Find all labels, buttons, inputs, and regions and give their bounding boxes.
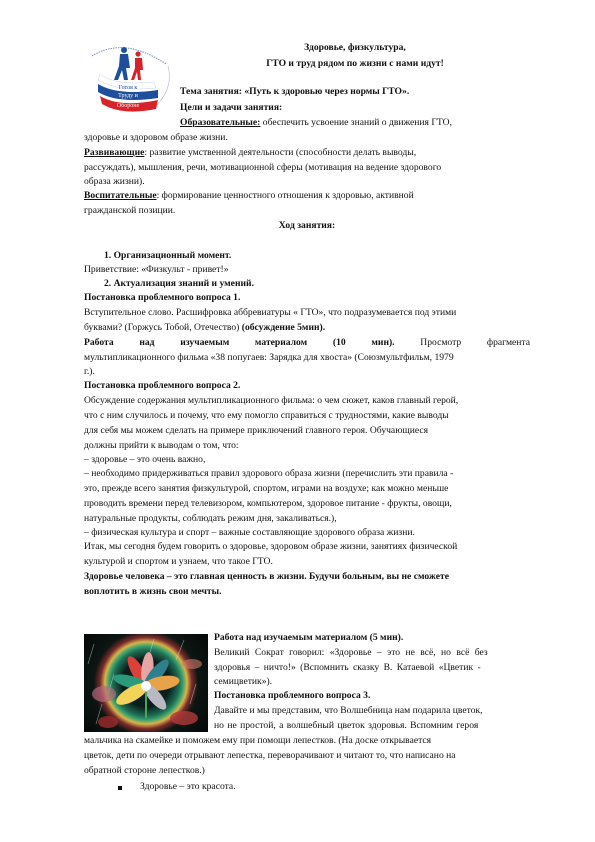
question-2-line: Обсуждение содержания мультипликационног… — [84, 395, 458, 406]
question-3-line: мальчика на скамейке и поможем ему при п… — [84, 735, 431, 746]
question-2-line: натуральные продукты, соблюдать режим дн… — [84, 513, 337, 524]
upbringing-goal-cont: гражданской позиции. — [84, 205, 175, 216]
developing-goal-cont: рассуждать), мышления, речи, мотивационн… — [84, 162, 441, 173]
upbringing-label: Воспитательные — [84, 190, 157, 201]
question-1-heading: Постановка проблемного вопроса 1. — [84, 292, 240, 303]
developing-label: Развивающие — [84, 147, 144, 158]
work-2-heading: Работа над изучаемым материалом (5 мин). — [214, 632, 403, 643]
question-2-line: Итак, мы сегодня будем говорить о здоров… — [84, 541, 457, 552]
question-3-line: цветок, дети по очереди отрывают лепестк… — [84, 750, 456, 761]
step-1: 1. Организационный момент. — [104, 250, 231, 261]
socrates-quote: здоровья – ничто!» (Вспомнить сказку В. … — [214, 662, 481, 673]
socrates-quote: Великий Сократ говорил: «Здоровье – это … — [214, 647, 488, 658]
educational-goal-cont: здоровье и здоровом образе жизни. — [84, 132, 228, 143]
work-1-cont-2: г.). — [84, 366, 95, 377]
goals-heading: Цели и задачи занятия: — [180, 102, 282, 113]
motto-line-1: Здоровье человека – это главная ценность… — [84, 571, 449, 582]
question-3-heading: Постановка проблемного вопроса 3. — [214, 690, 370, 701]
educational-label: Образовательные: — [180, 117, 260, 128]
question-2-line: проводить времени перед телевизором, ком… — [84, 498, 452, 509]
question-2-line: – здоровье – это очень важно, — [84, 454, 205, 465]
work-1-cont: мультипликационного фильма «38 попугаев:… — [84, 352, 454, 363]
greeting: Приветствие: «Физкульт - привет!» — [84, 264, 229, 275]
question-2-heading: Постановка проблемного вопроса 2. — [84, 380, 240, 391]
cartoon-flower-image — [84, 634, 208, 732]
developing-goal: Развивающие: развитие умственной деятель… — [84, 147, 416, 158]
title-line-2: ГТО и труд рядом по жизни с нами идут! — [180, 58, 530, 69]
topic: Тема занятия: «Путь к здоровью через нор… — [180, 86, 409, 97]
educational-goal: Образовательные: обеспечить усвоение зна… — [180, 117, 452, 128]
question-3-line: но не простой, а волшебный цветок здоров… — [214, 720, 478, 731]
question-2-line: – физическая культура и спорт – важные с… — [84, 527, 415, 538]
motto-line-2: воплотить в жизнь свои мечты. — [84, 586, 222, 597]
svg-text:Труду и: Труду и — [118, 93, 139, 99]
svg-text:Обороне: Обороне — [117, 102, 140, 109]
work-1: Работа над изучаемым материалом (10 мин)… — [84, 337, 530, 348]
bullet-item: Здоровье – это красота. — [140, 781, 236, 792]
question-1-text-2: буквами? (Горжусь Тобой, Отечество) (обс… — [84, 322, 325, 333]
upbringing-goal: Воспитательные: формирование ценностного… — [84, 190, 414, 201]
step-2: 2. Актуализация знаний и умений. — [104, 278, 254, 289]
topic-label: Тема занятия: — [180, 86, 242, 97]
developing-goal-cont2: образа жизни). — [84, 176, 145, 187]
question-3-line: Давайте и мы представим, что Волшебница … — [214, 705, 483, 716]
question-2-line: культурой и спортом и узнаем, что такое … — [84, 556, 273, 567]
question-3-line: обратной стороне лепестков.) — [84, 765, 205, 776]
topic-value: «Путь к здоровью через нормы ГТО». — [242, 86, 409, 97]
bullet-icon — [118, 786, 122, 790]
question-2-line: для себя мы можем сделать на примере при… — [84, 425, 428, 436]
gto-logo-icon: Готов к Труду и Обороне — [84, 34, 174, 116]
svg-text:Готов к: Готов к — [119, 85, 138, 91]
socrates-quote: семицветик»). — [214, 676, 272, 687]
question-2-line: должны прийти к выводам о том, что: — [84, 440, 239, 451]
question-2-line: это, прежде всего занятия физкультурой, … — [84, 483, 448, 494]
document-page: Готов к Труду и Обороне Здоровье, физкул… — [0, 0, 595, 842]
question-1-text: Вступительное слово. Расшифровка аббреви… — [84, 307, 456, 318]
flower-illustration-icon — [84, 634, 208, 732]
question-2-line: что с ним случилось и почему, что ему по… — [84, 410, 449, 421]
title-line-1: Здоровье, физкультура, — [180, 42, 530, 53]
lesson-heading: Ход занятия: — [84, 220, 530, 231]
question-2-line: – необходимо придерживаться правил здоро… — [84, 468, 453, 479]
